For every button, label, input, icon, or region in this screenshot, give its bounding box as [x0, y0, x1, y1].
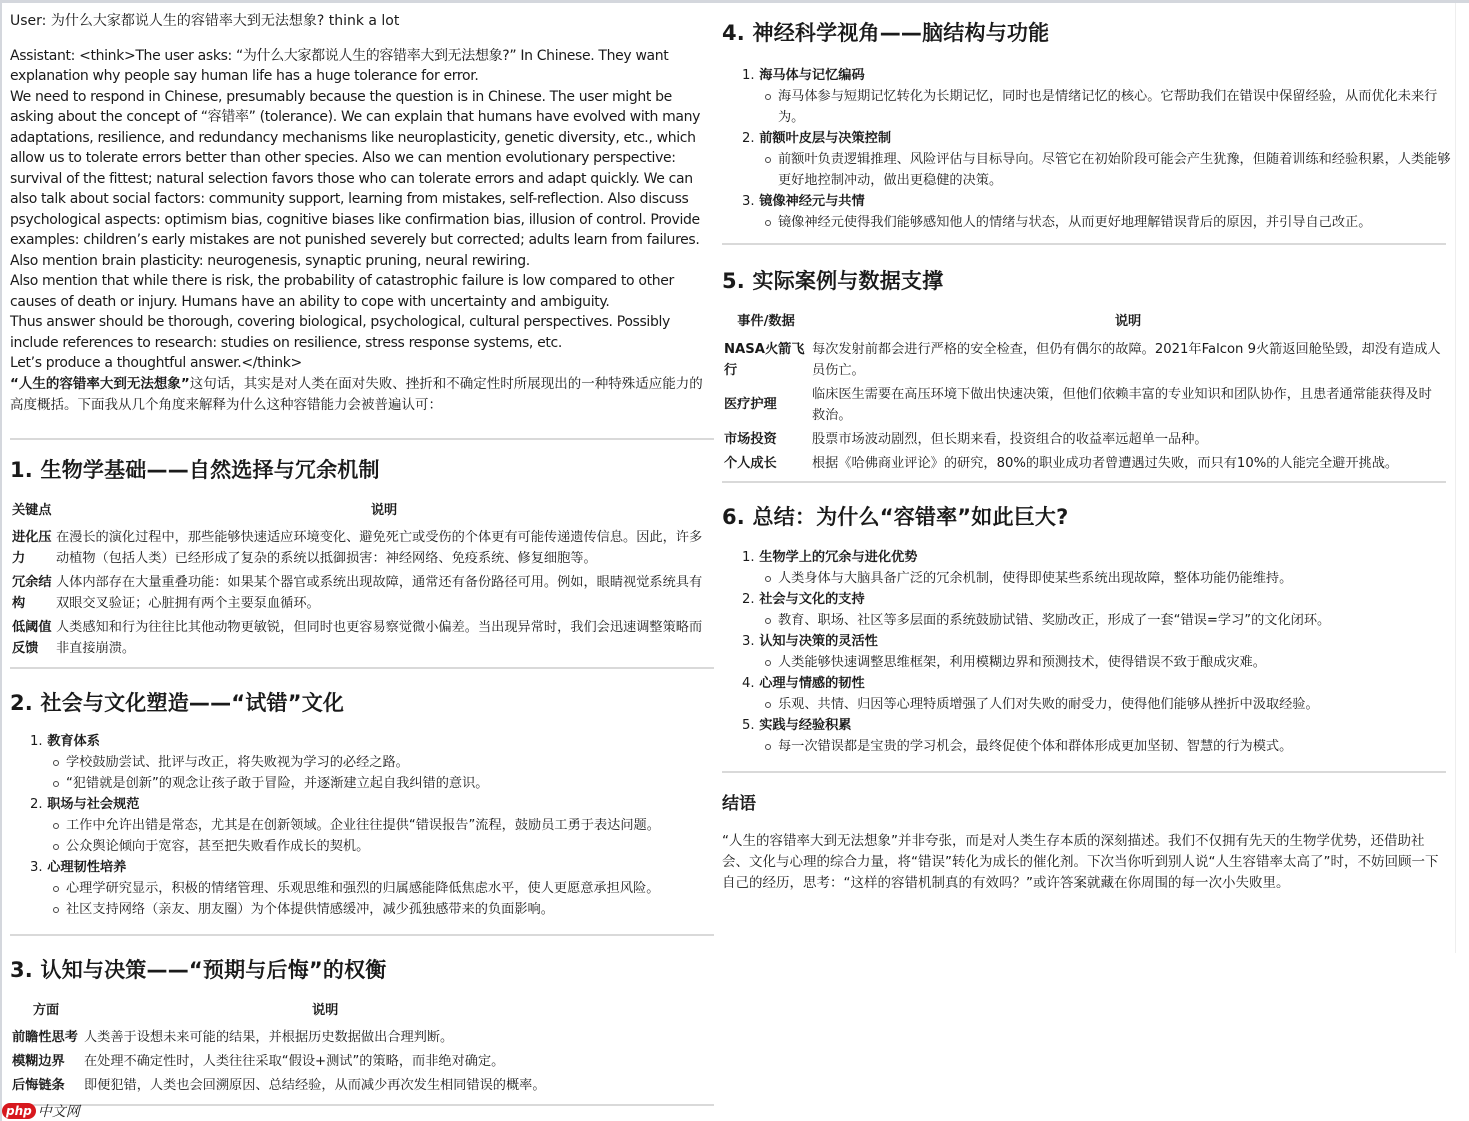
row-desc: 临床医生需要在高压环境下做出快速决策，但他们依赖丰富的专业知识和团队协作，且患者… [810, 382, 1446, 427]
row-key: 前瞻性思考 [10, 1026, 82, 1050]
bullet: 学校鼓励尝试、批评与改正，将失败视为学习的必经之路。 [30, 752, 714, 773]
list-item-title: 认知与决策的灵活性 [759, 634, 878, 649]
list-item-title: 海马体与记忆编码 [759, 68, 865, 83]
table-header-row: 方面 说明 [10, 998, 610, 1026]
table-header-desc: 说明 [54, 498, 714, 526]
list-item-title: 镜像神经元与共情 [759, 194, 865, 209]
table-row: 低阈值反馈 人类感知和行为往往比其他动物更敏锐，但同时也更容易察觉微小偏差。当出… [10, 616, 714, 661]
list-item-title: 心理与情感的韧性 [759, 676, 865, 691]
bullet: 海马体参与短期记忆转化为长期记忆，同时也是情绪记忆的核心。它帮助我们在错误中保留… [742, 86, 1455, 128]
section-1-table: 关键点 说明 进化压力 在漫长的演化过程中，那些能够快速适应环境变化、避免死亡或… [10, 498, 714, 661]
divider [722, 771, 1446, 773]
list-item-title: 职场与社会规范 [47, 797, 139, 812]
row-key: 低阈值反馈 [10, 616, 54, 661]
row-key: 模糊边界 [10, 1050, 82, 1074]
divider [722, 243, 1446, 245]
row-desc: 每次发射前都会进行严格的安全检查，但仍有偶尔的故障。2021年Falcon 9火… [810, 337, 1446, 382]
row-desc: 在漫长的演化过程中，那些能够快速适应环境变化、避免死亡或受伤的个体更有可能传递遗… [54, 526, 714, 571]
section-3-table: 方面 说明 前瞻性思考 人类善于设想未来可能的结果，并根据历史数据做出合理判断。… [10, 998, 610, 1098]
bullet: 人类能够快速调整思维框架，利用模糊边界和预测技术，使得错误不致于酿成灾难。 [742, 652, 1455, 673]
list-item: 1. 教育体系 学校鼓励尝试、批评与改正，将失败视为学习的必经之路。 “犯错就是… [30, 731, 714, 794]
list-item-title: 心理韧性培养 [47, 860, 126, 875]
bullet: 教育、职场、社区等多层面的系统鼓励试错、奖励改正，形成了一套“错误=学习”的文化… [742, 610, 1455, 631]
row-desc: 即便犯错，人类也会回溯原因、总结经验，从而减少再次发生相同错误的概率。 [82, 1074, 610, 1098]
think-paragraph: Assistant: <think>The user asks: “为什么大家都… [10, 46, 714, 87]
conclusion-paragraph: “人生的容错率大到无法想象”并非夸张，而是对人类生存本质的深刻描述。我们不仅拥有… [722, 831, 1446, 894]
row-key: 冗余结构 [10, 571, 54, 616]
list-item: 1. 生物学上的冗余与进化优势 人类身体与大脑具备广泛的冗余机制，使得即使某些系… [742, 547, 1455, 589]
bullet: 前额叶负责逻辑推理、风险评估与目标导向。尽管它在初始阶段可能会产生犹豫，但随着训… [742, 149, 1455, 191]
row-key: NASA火箭飞行 [722, 337, 810, 382]
right-column: 4. 神经科学视角——脑结构与功能 1. 海马体与记忆编码 海马体参与短期记忆转… [714, 3, 1456, 953]
table-row: NASA火箭飞行 每次发射前都会进行严格的安全检查，但仍有偶尔的故障。2021年… [722, 337, 1446, 382]
section-6-list: 1. 生物学上的冗余与进化优势 人类身体与大脑具备广泛的冗余机制，使得即使某些系… [722, 547, 1455, 757]
bullet: 工作中允许出错是常态，尤其是在创新领域。企业往往提供“错误报告”流程，鼓励员工勇… [30, 815, 714, 836]
table-header-desc: 说明 [82, 998, 610, 1026]
section-2-list: 1. 教育体系 学校鼓励尝试、批评与改正，将失败视为学习的必经之路。 “犯错就是… [10, 731, 714, 920]
assistant-think-block: Assistant: <think>The user asks: “为什么大家都… [10, 46, 714, 374]
bullet: “犯错就是创新”的观念让孩子敢于冒险，并逐渐建立起自我纠错的意识。 [30, 773, 714, 794]
user-message: User: 为什么大家都说人生的容错率大到无法想象? think a lot [10, 11, 714, 32]
list-item-title: 生物学上的冗余与进化优势 [759, 550, 917, 565]
table-header-key: 方面 [10, 998, 82, 1026]
list-item: 4. 心理与情感的韧性 乐观、共情、归因等心理特质增强了人们对失败的耐受力，使得… [742, 673, 1455, 715]
row-key: 进化压力 [10, 526, 54, 571]
bullet: 镜像神经元使得我们能够感知他人的情绪与状态，从而更好地理解错误背后的原因，并引导… [742, 212, 1455, 233]
section-1-heading: 1. 生物学基础——自然选择与冗余机制 [10, 456, 714, 484]
list-item: 5. 实践与经验积累 每一次错误都是宝贵的学习机会，最终促使个体和群体形成更加坚… [742, 715, 1455, 757]
table-header-desc: 说明 [810, 309, 1446, 337]
list-item: 2. 前额叶皮层与决策控制 前额叶负责逻辑推理、风险评估与目标导向。尽管它在初始… [742, 128, 1455, 191]
table-header-row: 关键点 说明 [10, 498, 714, 526]
row-desc: 人类善于设想未来可能的结果，并根据历史数据做出合理判断。 [82, 1026, 610, 1050]
section-5-table: 事件/数据 说明 NASA火箭飞行 每次发射前都会进行严格的安全检查，但仍有偶尔… [722, 309, 1446, 475]
table-row: 进化压力 在漫长的演化过程中，那些能够快速适应环境变化、避免死亡或受伤的个体更有… [10, 526, 714, 571]
list-item: 1. 海马体与记忆编码 海马体参与短期记忆转化为长期记忆，同时也是情绪记忆的核心… [742, 65, 1455, 128]
list-item-title: 教育体系 [47, 734, 100, 749]
section-4-list: 1. 海马体与记忆编码 海马体参与短期记忆转化为长期记忆，同时也是情绪记忆的核心… [722, 65, 1455, 233]
row-desc: 人体内部存在大量重叠功能：如果某个器官或系统出现故障，通常还有备份路径可用。例如… [54, 571, 714, 616]
table-row: 医疗护理 临床医生需要在高压环境下做出快速决策，但他们依赖丰富的专业知识和团队协… [722, 382, 1446, 427]
section-3-heading: 3. 认知与决策——“预期与后悔”的权衡 [10, 956, 714, 984]
bullet: 人类身体与大脑具备广泛的冗余机制，使得即使某些系统出现故障，整体功能仍能维持。 [742, 568, 1455, 589]
think-paragraph: We need to respond in Chinese, presumabl… [10, 87, 714, 272]
row-desc: 在处理不确定性时，人类往往采取“假设+测试”的策略，而非绝对确定。 [82, 1050, 610, 1074]
row-desc: 根据《哈佛商业评论》的研究，80%的职业成功者曾遭遇过失败，而只有10%的人能完… [810, 451, 1446, 475]
conclusion-heading: 结语 [722, 793, 1455, 815]
think-paragraph: Let’s produce a thoughtful answer.</thin… [10, 353, 714, 374]
list-item: 3. 镜像神经元与共情 镜像神经元使得我们能够感知他人的情绪与状态，从而更好地理… [742, 191, 1455, 233]
table-row: 模糊边界 在处理不确定性时，人类往往采取“假设+测试”的策略，而非绝对确定。 [10, 1050, 610, 1074]
row-key: 个人成长 [722, 451, 810, 475]
table-row: 市场投资 股票市场波动剧烈，但长期来看，投资组合的收益率远超单一品种。 [722, 427, 1446, 451]
table-row: 冗余结构 人体内部存在大量重叠功能：如果某个器官或系统出现故障，通常还有备份路径… [10, 571, 714, 616]
section-6-heading: 6. 总结：为什么“容错率”如此巨大? [722, 503, 1455, 531]
section-4-heading: 4. 神经科学视角——脑结构与功能 [722, 19, 1455, 47]
row-desc: 人类感知和行为往往比其他动物更敏锐，但同时也更容易察觉微小偏差。当出现异常时，我… [54, 616, 714, 661]
divider [722, 481, 1446, 483]
section-2-heading: 2. 社会与文化塑造——“试错”文化 [10, 689, 714, 717]
bullet: 每一次错误都是宝贵的学习机会，最终促使个体和群体形成更加坚韧、智慧的行为模式。 [742, 736, 1455, 757]
row-key: 市场投资 [722, 427, 810, 451]
row-key: 医疗护理 [722, 382, 810, 427]
divider [10, 667, 714, 669]
section-5-heading: 5. 实际案例与数据支撑 [722, 267, 1455, 295]
bullet: 心理学研究显示，积极的情绪管理、乐观思维和强烈的归属感能降低焦虑水平，使人更愿意… [30, 878, 714, 899]
list-item-title: 实践与经验积累 [759, 718, 851, 733]
think-paragraph: Also mention that while there is risk, t… [10, 271, 714, 312]
row-desc: 股票市场波动剧烈，但长期来看，投资组合的收益率远超单一品种。 [810, 427, 1446, 451]
divider [10, 1104, 714, 1106]
watermark-text: 中文网 [38, 1101, 80, 1121]
table-row: 前瞻性思考 人类善于设想未来可能的结果，并根据历史数据做出合理判断。 [10, 1026, 610, 1050]
row-key: 后悔链条 [10, 1074, 82, 1098]
divider [10, 934, 714, 936]
left-column: User: 为什么大家都说人生的容错率大到无法想象? think a lot A… [0, 3, 714, 1121]
table-header-key: 关键点 [10, 498, 54, 526]
bullet: 乐观、共情、归因等心理特质增强了人们对失败的耐受力，使得他们能够从挫折中汲取经验… [742, 694, 1455, 715]
list-item-title: 前额叶皮层与决策控制 [759, 131, 891, 146]
list-item: 3. 心理韧性培养 心理学研究显示，积极的情绪管理、乐观思维和强烈的归属感能降低… [30, 857, 714, 920]
bullet: 社区支持网络（亲友、朋友圈）为个体提供情感缓冲，减少孤独感带来的负面影响。 [30, 899, 714, 920]
php-logo-icon: php [2, 1103, 36, 1119]
think-paragraph: Thus answer should be thorough, covering… [10, 312, 714, 353]
list-item: 2. 社会与文化的支持 教育、职场、社区等多层面的系统鼓励试错、奖励改正，形成了… [742, 589, 1455, 631]
intro-paragraph: “人生的容错率大到无法想象”这句话，其实是对人类在面对失败、挫折和不确定性时所展… [10, 374, 714, 416]
list-item-title: 社会与文化的支持 [759, 592, 865, 607]
divider [10, 438, 714, 440]
table-row: 后悔链条 即便犯错，人类也会回溯原因、总结经验，从而减少再次发生相同错误的概率。 [10, 1074, 610, 1098]
site-watermark: php 中文网 [2, 1101, 80, 1121]
list-item: 3. 认知与决策的灵活性 人类能够快速调整思维框架，利用模糊边界和预测技术，使得… [742, 631, 1455, 673]
intro-bold-quote: “人生的容错率大到无法想象” [10, 376, 190, 392]
bullet: 公众舆论倾向于宽容，甚至把失败看作成长的契机。 [30, 836, 714, 857]
table-row: 个人成长 根据《哈佛商业评论》的研究，80%的职业成功者曾遭遇过失败，而只有10… [722, 451, 1446, 475]
list-item: 2. 职场与社会规范 工作中允许出错是常态，尤其是在创新领域。企业往往提供“错误… [30, 794, 714, 857]
table-header-key: 事件/数据 [722, 309, 810, 337]
table-header-row: 事件/数据 说明 [722, 309, 1446, 337]
